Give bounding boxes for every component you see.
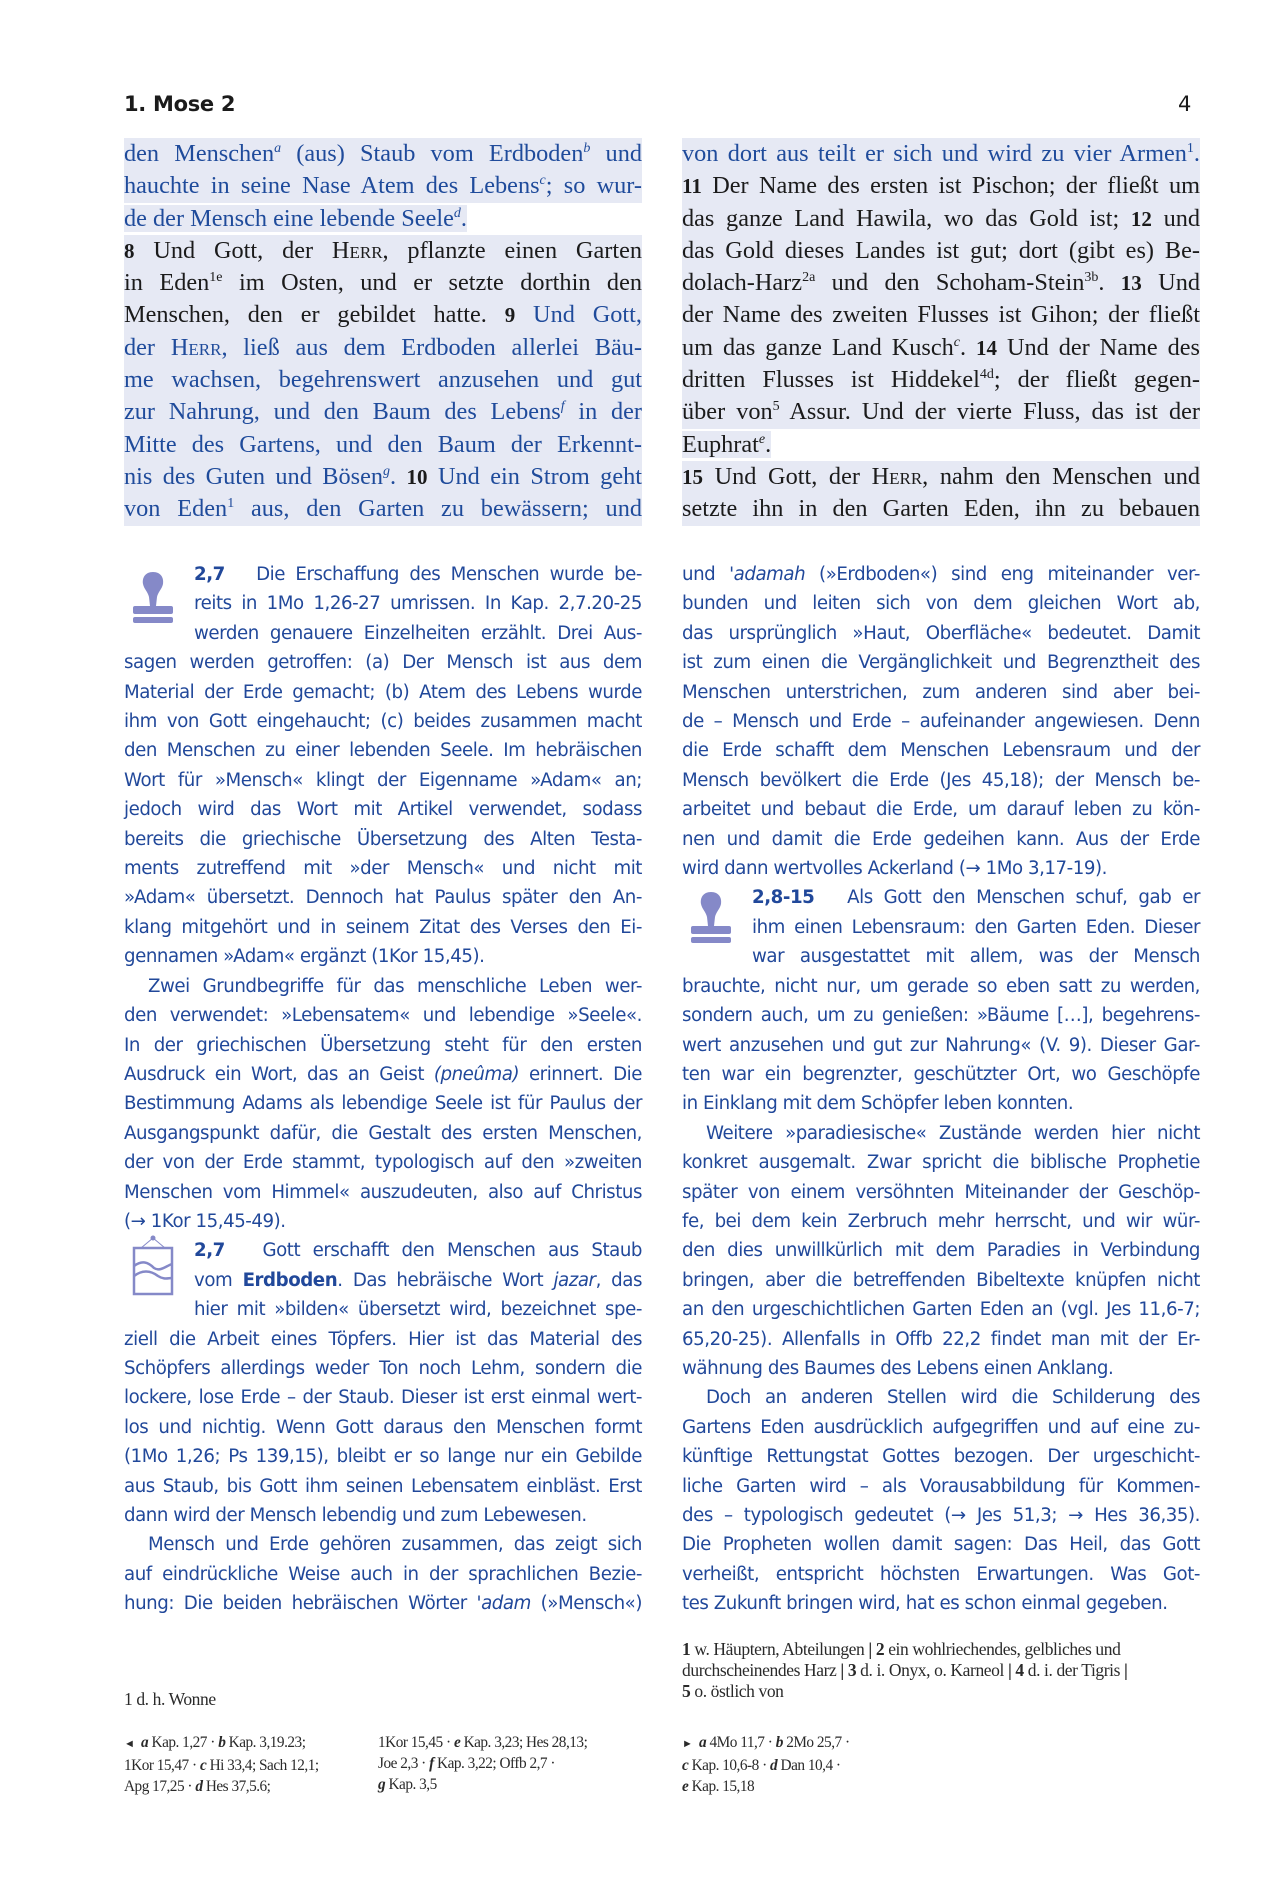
verse-number: 11: [682, 174, 702, 198]
verse-line: in Eden1e im Osten, und er setzte dorthi…: [124, 267, 642, 299]
commentary-right-column: und 'adamah (»Erdboden«) sind eng mitein…: [682, 560, 1200, 1619]
verse-number: 8: [124, 239, 135, 263]
verse-reference: 2,8-15: [752, 887, 814, 908]
xref-line: 1Kor 15,45 · e Kap. 3,23; Hes 28,13;: [378, 1732, 648, 1753]
commentary-left-column: 2,7 Die Erschaffung des Menschen wurde b…: [124, 560, 642, 1619]
page-header-title: 1. Mose 2: [124, 92, 235, 116]
footnote-left: 1 d. h. Wonne: [124, 1689, 216, 1710]
verse-line: von Eden1 aus, den Garten zu bewässern; …: [124, 493, 642, 525]
verse-line: dritten Flusses ist Hiddekel4d; der flie…: [682, 364, 1200, 396]
bible-text-right-column: von dort aus teilt er sich und wird zu v…: [682, 138, 1200, 526]
verse-line: setzte ihn in den Garten Eden, ihn zu be…: [682, 493, 1200, 525]
verse-line: Menschen, den er gebildet hatte. 9 Und G…: [124, 299, 642, 331]
verse-line: hauchte in seine Nase Atem des Lebensc; …: [124, 170, 642, 202]
verse-line: das ganze Land Hawila, wo das Gold ist; …: [682, 203, 1200, 235]
verse-line: nis des Guten und Böseng. 10 Und ein Str…: [124, 461, 642, 493]
cross-references-left-col1: ◄ a Kap. 1,27 · b Kap. 3,19.23; 1Kor 15,…: [124, 1732, 394, 1797]
verse-line: 11 Der Name des ersten ist Pischon; der …: [682, 170, 1200, 202]
xref-line: g Kap. 3,5: [378, 1774, 648, 1795]
commentary-note: 2,8-15 Als Gott den Menschen schuf, gab …: [682, 883, 1200, 1618]
verse-line: um das ganze Land Kuschc. 14 Und der Nam…: [682, 332, 1200, 364]
verse-line: das Gold dieses Landes ist gut; dort (gi…: [682, 235, 1200, 267]
verse-line: Mitte des Gartens, und den Baum der Erke…: [124, 429, 642, 461]
verse-reference: 2,7: [194, 1240, 225, 1261]
verse-line: zur Nahrung, und den Baum des Lebensf in…: [124, 396, 642, 428]
xref-line: c Kap. 10,6-8 · d Dan 10,4 ·: [682, 1755, 982, 1776]
footnotes-right: 1 w. Häuptern, Abteilungen | 2 ein wohlr…: [682, 1639, 1202, 1702]
right-arrow-icon: ►: [682, 1738, 692, 1750]
xref-line: Apg 17,25 · d Hes 37,5.6;: [124, 1776, 394, 1797]
verse-line: der Name des zweiten Flusses ist Gihon; …: [682, 299, 1200, 331]
xref-line: ◄ a Kap. 1,27 · b Kap. 3,19.23;: [124, 1732, 394, 1755]
verse-line: Euphrate.: [682, 429, 1200, 461]
verse-reference: 2,7: [194, 564, 225, 585]
xref-line: ► a 4Mo 11,7 · b 2Mo 25,7 ·: [682, 1732, 982, 1755]
verse-number: 14: [976, 336, 997, 360]
verse-line: 8 Und Gott, der Herr, pflanzte einen Gar…: [124, 235, 642, 267]
xref-line: Joe 2,3 · f Kap. 3,22; Offb 2,7 ·: [378, 1753, 648, 1774]
verse-line: me wachsen, begehrenswert anzusehen und …: [124, 364, 642, 396]
verse-number: 15: [682, 465, 703, 489]
verse-line: über von5 Assur. Und der vierte Fluss, d…: [682, 396, 1200, 428]
verse-number: 10: [407, 465, 428, 489]
xref-line: 1Kor 15,47 · c Hi 33,4; Sach 12,1;: [124, 1755, 394, 1776]
commentary-note: 2,7 Gott erschafft den Menschen aus Stau…: [124, 1236, 642, 1618]
cross-references-left-col2: 1Kor 15,45 · e Kap. 3,23; Hes 28,13; Joe…: [378, 1732, 648, 1795]
verse-line: der Herr, ließ aus dem Erdboden allerlei…: [124, 332, 642, 364]
commentary-note: 2,7 Die Erschaffung des Menschen wurde b…: [124, 560, 642, 1236]
verse-line: den Menschena (aus) Staub vom Erdbodenb …: [124, 138, 642, 170]
verse-line: 15 Und Gott, der Herr, nahm den Menschen…: [682, 461, 1200, 493]
verse-line: de der Mensch eine lebende Seeled.: [124, 203, 642, 235]
cross-references-right: ► a 4Mo 11,7 · b 2Mo 25,7 · c Kap. 10,6-…: [682, 1732, 982, 1797]
verse-number: 12: [1131, 207, 1152, 231]
bible-text-left-column: den Menschena (aus) Staub vom Erdbodenb …: [124, 138, 642, 526]
verse-line: dolach-Harz2a und den Schoham-Stein3b. 1…: [682, 267, 1200, 299]
left-arrow-icon: ◄: [124, 1738, 134, 1750]
commentary-continuation: und 'adamah (»Erdboden«) sind eng mitein…: [682, 560, 1200, 883]
verse-number: 13: [1121, 271, 1142, 295]
page-number: 4: [1178, 92, 1191, 116]
verse-line: von dort aus teilt er sich und wird zu v…: [682, 138, 1200, 170]
bible-page: 1. Mose 2 4 den Menschena (aus) Staub vo…: [0, 0, 1284, 1898]
xref-line: e Kap. 15,18: [682, 1776, 982, 1797]
verse-number: 9: [505, 303, 516, 327]
